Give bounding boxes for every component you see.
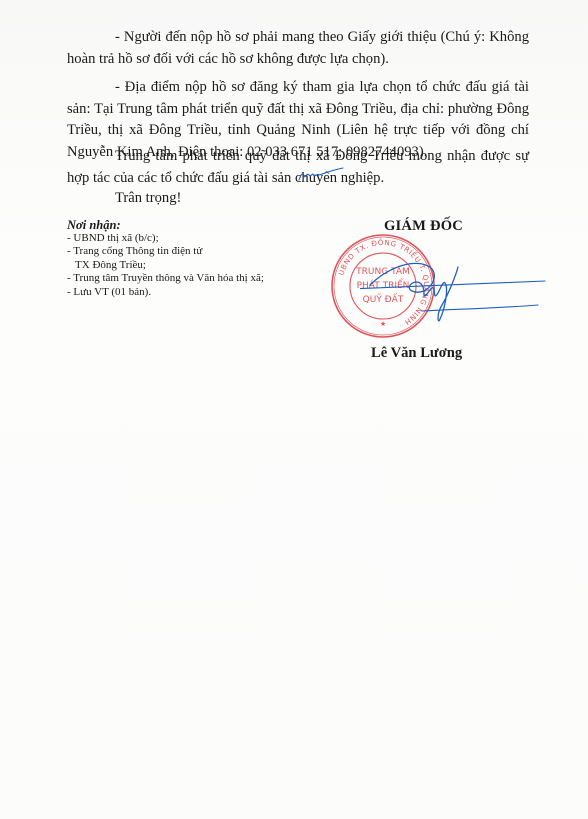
closing-greeting: Trân trọng!: [115, 188, 181, 210]
recipient-item: - Trang cổng Thông tin điện tử: [67, 245, 264, 258]
recipients-label: Nơi nhận:: [67, 218, 264, 232]
recipient-item: - Lưu VT (01 bản).: [67, 286, 264, 299]
recipient-item: - Trung tâm Truyền thông và Văn hóa thị …: [67, 272, 264, 285]
recipient-item: - UBND thị xã (b/c);: [67, 232, 264, 245]
signer-name: Lê Văn Lương: [371, 345, 462, 362]
document-page: - Người đến nộp hồ sơ phải mang theo Giấ…: [0, 0, 588, 819]
recipients-list: Nơi nhận: - UBND thị xã (b/c); - Trang c…: [67, 218, 264, 299]
initials-mark: [297, 166, 345, 182]
paragraph-submission-requirement: - Người đến nộp hồ sơ phải mang theo Giấ…: [67, 27, 529, 70]
handwritten-signature: [360, 255, 550, 330]
recipient-item: TX Đông Triều;: [67, 259, 264, 272]
